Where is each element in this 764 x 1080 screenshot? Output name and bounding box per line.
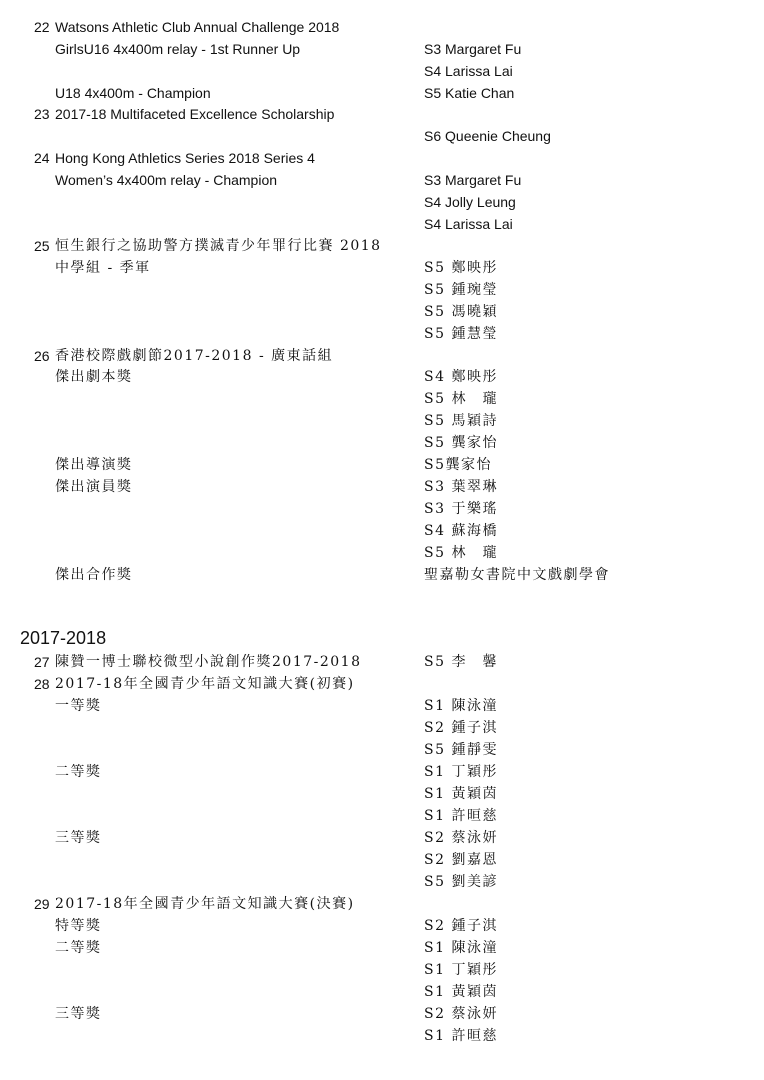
entry-title: 恒生銀行之協助警方撲滅青少年罪行比賽 2018: [55, 235, 382, 257]
recipient: S1 丁穎彤: [424, 761, 498, 783]
award-line: S5 鍾慧瑩: [0, 323, 764, 345]
award-line: U18 4x400m - Champion S5 Katie Chan: [0, 82, 764, 104]
recipient: S5 林 瓏: [424, 388, 498, 410]
award-line: S4 蘇海橋: [0, 520, 764, 542]
award-line: S5 馬穎詩: [0, 410, 764, 432]
recipient: S4 Larissa Lai: [424, 60, 513, 82]
recipient: S3 葉翠琳: [424, 476, 498, 498]
award-category: 二等獎: [55, 937, 102, 959]
entry-number: 23: [34, 103, 50, 125]
award-line: S5 馮曉穎: [0, 301, 764, 323]
award-category: 傑出演員獎: [55, 476, 133, 498]
recipient: S5 Katie Chan: [424, 82, 514, 104]
recipient: S3 Margaret Fu: [424, 38, 521, 60]
award-entry-24: 24 Hong Kong Athletics Series 2018 Serie…: [0, 147, 764, 169]
award-line: S2 鍾子淇: [0, 717, 764, 739]
recipient: S2 蔡泳妍: [424, 1003, 498, 1025]
entry-number: 29: [34, 893, 50, 915]
award-line: 傑出演員獎 S3 葉翠琳: [0, 476, 764, 498]
entry-number: 25: [34, 235, 50, 257]
recipient: S4 鄭映彤: [424, 366, 498, 388]
recipient: S1 丁穎彤: [424, 959, 498, 981]
entry-title: 陳贊一博士聯校微型小說創作獎2017-2018: [55, 651, 362, 673]
award-category: 三等獎: [55, 827, 102, 849]
award-category: U18 4x400m - Champion: [55, 82, 211, 104]
recipient: S1 黃穎茵: [424, 981, 498, 1003]
recipient: S2 鍾子淇: [424, 717, 498, 739]
award-line: S5 林 瓏: [0, 388, 764, 410]
award-entry-27: 27 陳贊一博士聯校微型小說創作獎2017-2018 S5 李 馨: [0, 651, 764, 673]
entry-title: Watsons Athletic Club Annual Challenge 2…: [55, 16, 339, 38]
recipient: S1 陳泳潼: [424, 937, 498, 959]
recipient: S1 許晅慈: [424, 805, 498, 827]
award-entry-29: 29 2017-18年全國青少年語文知識大賽(決賽): [0, 893, 764, 915]
recipient: S5 林 瓏: [424, 542, 498, 564]
recipient: S1 陳泳潼: [424, 695, 498, 717]
entry-title: 2017-18年全國青少年語文知識大賽(決賽): [55, 893, 355, 915]
section-heading: 2017-2018: [20, 625, 106, 651]
award-line: S4 Jolly Leung: [0, 191, 764, 213]
award-category: 特等獎: [55, 915, 102, 937]
entry-title: Hong Kong Athletics Series 2018 Series 4: [55, 147, 315, 169]
award-line: 二等獎 S1 丁穎彤: [0, 761, 764, 783]
recipient: S4 Larissa Lai: [424, 213, 513, 235]
entry-number: 22: [34, 16, 50, 38]
award-line: 三等獎 S2 蔡泳妍: [0, 827, 764, 849]
award-line: 三等獎 S2 蔡泳妍: [0, 1003, 764, 1025]
document-page: 22 Watsons Athletic Club Annual Challeng…: [0, 0, 764, 1080]
entry-title: 香港校際戲劇節2017-2018 - 廣東話組: [55, 345, 333, 367]
award-line: S5 鍾靜雯: [0, 739, 764, 761]
recipient: S2 鍾子淇: [424, 915, 498, 937]
award-line: S5 鍾琬瑩: [0, 279, 764, 301]
recipient: S5 鍾琬瑩: [424, 279, 498, 301]
entry-number: 26: [34, 345, 50, 367]
recipient: S1 許晅慈: [424, 1025, 498, 1047]
award-category: 傑出劇本獎: [55, 366, 133, 388]
recipient: S2 蔡泳妍: [424, 827, 498, 849]
award-line: Women’s 4x400m relay - Champion S3 Marga…: [0, 169, 764, 191]
recipient: 聖嘉勒女書院中文戲劇學會: [424, 564, 610, 586]
recipient: S5 李 馨: [424, 651, 498, 673]
award-category: 中學組 - 季軍: [55, 257, 151, 279]
award-entry-26: 26 香港校際戲劇節2017-2018 - 廣東話組: [0, 345, 764, 367]
award-line: S2 劉嘉恩: [0, 849, 764, 871]
award-line: S1 黃穎茵: [0, 783, 764, 805]
award-line: 特等獎 S2 鍾子淇: [0, 915, 764, 937]
recipient: S5 鄭映彤: [424, 257, 498, 279]
recipient: S3 Margaret Fu: [424, 169, 521, 191]
award-line: 一等獎 S1 陳泳潼: [0, 695, 764, 717]
recipient: S5 馮曉穎: [424, 301, 498, 323]
entry-title: 2017-18年全國青少年語文知識大賽(初賽): [55, 673, 355, 695]
recipient: S6 Queenie Cheung: [424, 125, 551, 147]
award-line: S1 許晅慈: [0, 805, 764, 827]
award-line: S5 龔家怡: [0, 432, 764, 454]
recipient: S3 于樂瑤: [424, 498, 498, 520]
award-category: 傑出導演獎: [55, 454, 133, 476]
recipient: S5龔家怡: [424, 454, 492, 476]
award-line: S3 于樂瑤: [0, 498, 764, 520]
recipient: S5 鍾慧瑩: [424, 323, 498, 345]
entry-number: 24: [34, 147, 50, 169]
award-line: S5 劉美諺: [0, 871, 764, 893]
award-entry-28: 28 2017-18年全國青少年語文知識大賽(初賽): [0, 673, 764, 695]
award-line: 中學組 - 季軍 S5 鄭映彤: [0, 257, 764, 279]
award-line: GirlsU16 4x400m relay - 1st Runner Up S3…: [0, 38, 764, 60]
entry-number: 27: [34, 651, 50, 673]
award-category: 三等獎: [55, 1003, 102, 1025]
entry-title: 2017-18 Multifaceted Excellence Scholars…: [55, 103, 334, 125]
recipient: S5 鍾靜雯: [424, 739, 498, 761]
award-category: Women’s 4x400m relay - Champion: [55, 169, 277, 191]
award-line: S4 Larissa Lai: [0, 60, 764, 82]
award-line: S1 許晅慈: [0, 1025, 764, 1047]
award-entry-25: 25 恒生銀行之協助警方撲滅青少年罪行比賽 2018: [0, 235, 764, 257]
award-line: 二等獎 S1 陳泳潼: [0, 937, 764, 959]
recipient: S5 馬穎詩: [424, 410, 498, 432]
award-line: S5 林 瓏: [0, 542, 764, 564]
recipient: S1 黃穎茵: [424, 783, 498, 805]
award-category: 傑出合作獎: [55, 564, 133, 586]
award-category: 二等獎: [55, 761, 102, 783]
award-line: S6 Queenie Cheung: [0, 125, 764, 147]
award-line: S4 Larissa Lai: [0, 213, 764, 235]
award-line: 傑出導演獎 S5龔家怡: [0, 454, 764, 476]
recipient: S5 劉美諺: [424, 871, 498, 893]
award-entry-22: 22 Watsons Athletic Club Annual Challeng…: [0, 16, 764, 38]
award-line: S1 黃穎茵: [0, 981, 764, 1003]
recipient: S5 龔家怡: [424, 432, 498, 454]
recipient: S2 劉嘉恩: [424, 849, 498, 871]
entry-number: 28: [34, 673, 50, 695]
recipient: S4 Jolly Leung: [424, 191, 516, 213]
award-category: 一等獎: [55, 695, 102, 717]
award-line: 傑出合作獎 聖嘉勒女書院中文戲劇學會: [0, 564, 764, 586]
award-category: GirlsU16 4x400m relay - 1st Runner Up: [55, 38, 300, 60]
award-line: S1 丁穎彤: [0, 959, 764, 981]
award-entry-23: 23 2017-18 Multifaceted Excellence Schol…: [0, 103, 764, 125]
award-line: 傑出劇本獎 S4 鄭映彤: [0, 366, 764, 388]
recipient: S4 蘇海橋: [424, 520, 498, 542]
